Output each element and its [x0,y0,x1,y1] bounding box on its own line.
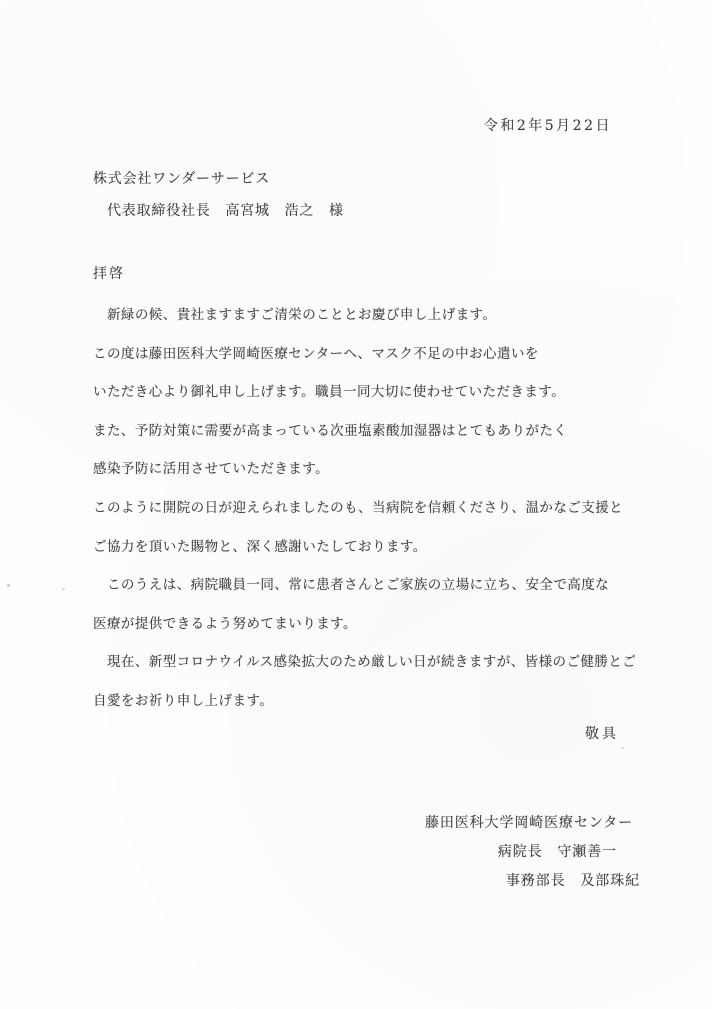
body-line: また、予防対策に需要が高まっている次亜塩素酸加湿器はとてもありがたく [93,412,673,451]
recipient-addressee-name: 代表取締役社長 高宮城 浩之 様 [107,200,344,220]
scan-speck [621,747,624,749]
body-line: 新緑の候、貴社ますますご清栄のこととお慶び申し上げます。 [93,296,673,335]
closing-keigu: 敬具 [585,723,619,743]
body-line: このように開院の日が迎えられましたのも、当病院を信頼くださり、温かなご支援と [93,489,673,528]
body-line: ご協力を頂いた賜物と、深く感謝いたしております。 [93,528,673,567]
body-line: 現在、新型コロナウイルス感染拡大のため厳しい日が続きますが、皆様のご健勝とご [93,643,673,682]
letter-date: 令和2年5月22日 [484,115,612,135]
body-line: この度は藤田医科大学岡崎医療センターへ、マスク不足の中お心遣いを [93,335,673,374]
body-line: 医療が提供できるよう努めてまいります。 [93,605,673,644]
signature-hospital-director: 病院長 守瀬善一 [498,841,617,861]
body-line: 自愛をお祈り申し上げます。 [93,682,673,721]
letter-body: 新緑の候、貴社ますますご清栄のこととお慶び申し上げます。 この度は藤田医科大学岡… [93,296,673,721]
body-line: いただき心より御礼申し上げます。職員一同大切に使わせていただきます。 [93,373,673,412]
body-line: このうえは、病院職員一同、常に患者さんとご家族の立場に立ち、安全で高度な [93,566,673,605]
salutation-haikei: 拝啓 [93,263,125,283]
recipient-company-name: 株式会社ワンダーサービス [93,168,270,188]
scanned-letter-page: 令和2年5月22日 株式会社ワンダーサービス 代表取締役社長 高宮城 浩之 様 … [0,0,712,1009]
scan-speck [7,584,10,587]
body-line: 感染予防に活用させていただきます。 [93,450,673,489]
signature-admin-director: 事務部長 及部珠紀 [506,870,640,890]
scan-speck [62,588,65,590]
signature-organization: 藤田医科大学岡崎医療センター [425,812,633,832]
